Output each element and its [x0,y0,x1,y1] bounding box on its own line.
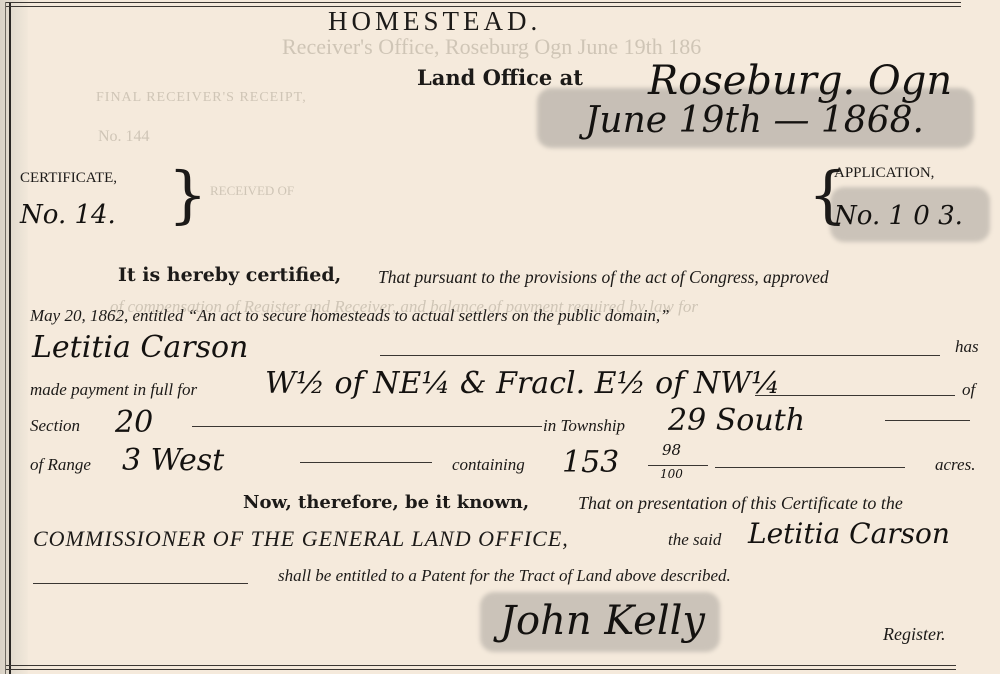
claimant-name: Letitia Carson [32,330,248,365]
certificate-label: CERTIFICATE, [20,170,117,187]
certificate-date: June 19th — 1868. [585,100,924,141]
certify-lead: It is hereby certified, [118,264,341,286]
tract-description: W½ of NE¼ & Fracl. E½ of NW¼ [265,366,780,401]
township-value: 29 South [668,403,805,438]
border-rule-bottom [6,665,956,670]
acreage-line [715,467,905,468]
known-text: That on presentation of this Certificate… [578,493,903,514]
known-lead: Now, therefore, be it known, [243,492,529,513]
ghost-receivers-office: Receiver's Office, Roseburg Ogn June 19t… [282,34,701,60]
acreage-fraction-bar [648,465,708,466]
entitled-text: shall be entitled to a Patent for the Tr… [278,566,731,586]
land-office-location: Roseburg. Ogn [648,58,952,104]
certify-text-1: That pursuant to the provisions of the a… [378,267,829,288]
ghost-received-of: RECEIVED OF [210,183,294,199]
border-rule-left [9,2,11,674]
section-line [192,426,542,427]
commissioner-text: COMMISSIONER OF THE GENERAL LAND OFFICE, [33,526,569,552]
application-number: No. 1 0 3. [834,201,963,231]
section-value: 20 [115,405,153,440]
certificate-brace: } [168,164,207,226]
land-office-label: Land Office at [417,65,583,90]
range-line [300,462,432,463]
township-label: in Township [543,416,625,436]
range-label: of Range [30,455,91,475]
ghost-receipt-no: No. 144 [98,128,150,146]
acreage-whole: 153 [562,445,619,480]
border-rule-outer [5,2,6,674]
tract-line [755,395,955,396]
containing-label: containing [452,455,525,475]
document-title: HOMESTEAD. [328,6,541,37]
of-label: of [962,380,975,400]
said-name: Letitia Carson [748,517,950,550]
claimant-line [380,355,940,356]
township-line [885,420,970,421]
range-value: 3 West [122,443,224,478]
application-label: APPLICATION, [834,165,934,182]
payment-label: made payment in full for [30,380,197,400]
has-label: has [955,337,979,357]
section-label: Section [30,416,80,436]
acres-label: acres. [935,455,975,475]
acreage-fraction-denominator: 100 [660,467,683,481]
ghost-final-receipt: FINAL RECEIVER'S RECEIPT, [96,90,307,106]
acreage-fraction-numerator: 98 [662,441,681,459]
said-text: the said [668,530,721,550]
certificate-number: No. 14. [20,200,116,230]
certify-text-2: May 20, 1862, entitled “An act to secure… [30,306,670,326]
register-signature: John Kelly [500,598,705,644]
homestead-certificate: Receiver's Office, Roseburg Ogn June 19t… [0,0,1000,674]
signer-title: Register. [883,624,946,645]
blank-line [33,583,248,584]
